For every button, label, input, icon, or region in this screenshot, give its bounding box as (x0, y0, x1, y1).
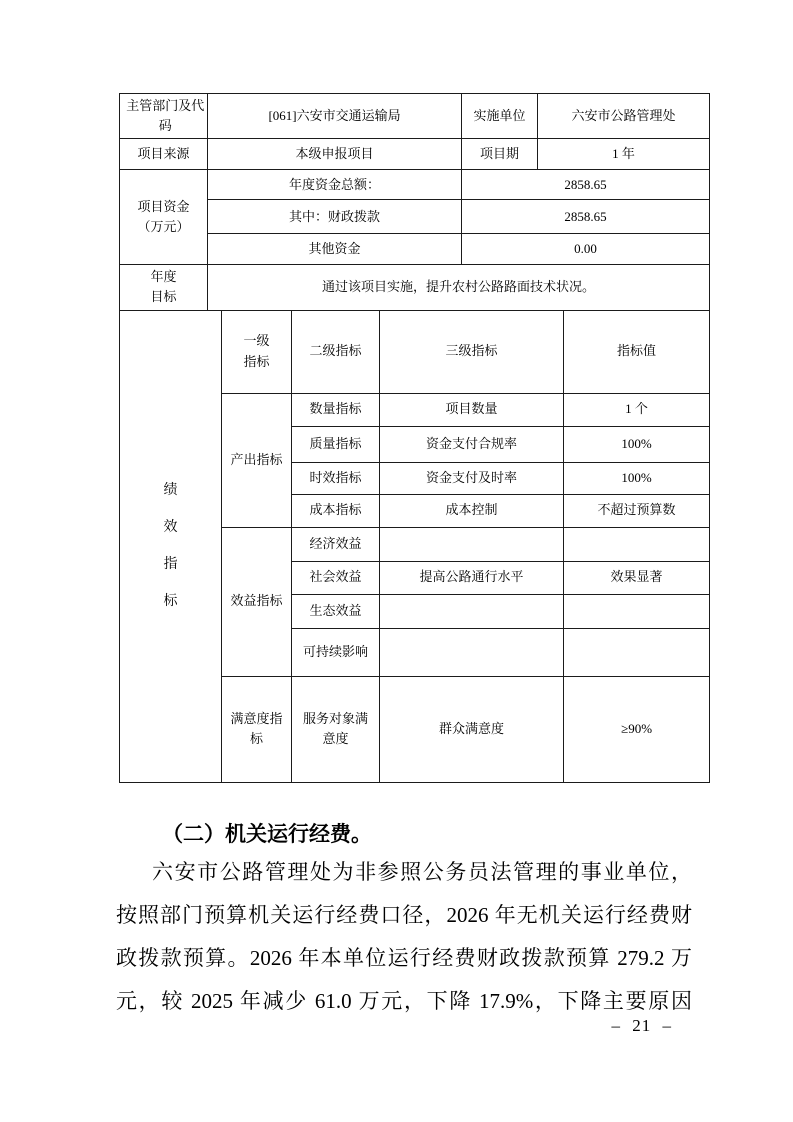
funds-fiscal-value-cell: 2858.65 (462, 200, 710, 234)
indicator-level2-label: 服务对象满意度 (300, 709, 372, 749)
header-value-cell: 指标值 (564, 310, 710, 393)
indicator-level1-cell: 产出指标 (222, 393, 292, 527)
indicator-level2-cell: 服务对象满意度 (292, 676, 380, 782)
indicator-value-cell: 效果显著 (564, 561, 710, 594)
dept-code-label: 主管部门及代码 (123, 96, 208, 136)
paragraph-line: 六安市公路管理处为非参照公务员法管理的事业单位， (116, 851, 692, 894)
indicator-value-cell (564, 594, 710, 628)
indicator-value-cell: 1 个 (564, 393, 710, 426)
page-number: – 21 – (612, 1016, 673, 1036)
project-source-value-cell: 本级申报项目 (208, 139, 462, 170)
performance-side-label: 绩效指标 (163, 472, 179, 620)
section-heading: （二）机关运行经费。 (116, 818, 692, 851)
indicator-value-cell: 100% (564, 426, 710, 462)
indicator-value-cell (564, 628, 710, 676)
funds-other-value-cell: 0.00 (462, 234, 710, 265)
indicator-value-cell: ≥90% (564, 676, 710, 782)
indicator-level2-cell: 社会效益 (292, 561, 380, 594)
table-row: 主管部门及代码 [061]六安市交通运输局 实施单位 六安市公路管理处 (120, 94, 710, 139)
annual-goal-label: 年度目标 (147, 267, 181, 307)
indicator-level1-cell: 效益指标 (222, 527, 292, 676)
indicator-level2-cell: 可持续影响 (292, 628, 380, 676)
header-level3-cell: 三级指标 (380, 310, 564, 393)
project-funds-label-cell: 项目资金（万元） (120, 170, 208, 265)
annual-goal-label-cell: 年度目标 (120, 265, 208, 310)
funds-total-label-cell: 年度资金总额： (208, 170, 462, 200)
header-level1-cell: 一级指标 (222, 310, 292, 393)
indicator-level1-cell: 满意度指标 (222, 676, 292, 782)
indicator-level2-cell: 生态效益 (292, 594, 380, 628)
document-page: 主管部门及代码 [061]六安市交通运输局 实施单位 六安市公路管理处 项目来源… (0, 0, 793, 1122)
indicator-level1-label: 满意度指标 (227, 709, 286, 749)
project-period-value-cell: 1 年 (538, 139, 710, 170)
indicator-level2-cell: 时效指标 (292, 462, 380, 494)
performance-side-label-cell: 绩效指标 (120, 310, 222, 782)
table-row: 项目来源 本级申报项目 项目期 1 年 (120, 139, 710, 170)
project-budget-table: 主管部门及代码 [061]六安市交通运输局 实施单位 六安市公路管理处 项目来源… (119, 93, 710, 783)
paragraph-line: 按照部门预算机关运行经费口径，2026 年无机关运行经费财 (116, 894, 692, 937)
paragraph-line: 元，较 2025 年减少 61.0 万元，下降 17.9%，下降主要原因 (116, 980, 692, 1023)
table-row: 绩效指标 一级指标 二级指标 三级指标 指标值 (120, 310, 710, 393)
funds-other-label-cell: 其他资金 (208, 234, 462, 265)
indicator-level2-cell: 质量指标 (292, 426, 380, 462)
indicator-level3-cell (380, 594, 564, 628)
indicator-level3-cell (380, 628, 564, 676)
impl-unit-label-cell: 实施单位 (462, 94, 538, 139)
project-source-label-cell: 项目来源 (120, 139, 208, 170)
header-level2-cell: 二级指标 (292, 310, 380, 393)
annual-goal-value-cell: 通过该项目实施，提升农村公路路面技术状况。 (208, 265, 710, 310)
indicator-value-cell: 不超过预算数 (564, 494, 710, 527)
indicator-level2-cell: 数量指标 (292, 393, 380, 426)
funds-fiscal-label-cell: 其中：财政拨款 (208, 200, 462, 234)
dept-code-value-cell: [061]六安市交通运输局 (208, 94, 462, 139)
indicator-level2-cell: 成本指标 (292, 494, 380, 527)
impl-unit-value-cell: 六安市公路管理处 (538, 94, 710, 139)
indicator-level3-cell: 成本控制 (380, 494, 564, 527)
indicator-level2-cell: 经济效益 (292, 527, 380, 561)
table-row: 项目资金（万元） 年度资金总额： 2858.65 (120, 170, 710, 200)
dept-code-label-cell: 主管部门及代码 (120, 94, 208, 139)
indicator-level3-cell: 资金支付合规率 (380, 426, 564, 462)
paragraph-line: 政拨款预算。2026 年本单位运行经费财政拨款预算 279.2 万 (116, 937, 692, 980)
indicator-level3-cell: 资金支付及时率 (380, 462, 564, 494)
indicator-level3-cell: 项目数量 (380, 393, 564, 426)
body-text-section: （二）机关运行经费。 六安市公路管理处为非参照公务员法管理的事业单位， 按照部门… (116, 818, 692, 1023)
indicator-value-cell: 100% (564, 462, 710, 494)
project-funds-label: 项目资金（万元） (134, 197, 193, 237)
table-row: 其中：财政拨款 2858.65 (120, 200, 710, 234)
header-level1-label: 一级指标 (240, 331, 274, 371)
indicator-level3-cell (380, 527, 564, 561)
table-row: 其他资金 0.00 (120, 234, 710, 265)
project-period-label-cell: 项目期 (462, 139, 538, 170)
indicator-value-cell (564, 527, 710, 561)
funds-total-value-cell: 2858.65 (462, 170, 710, 200)
indicator-level3-cell: 群众满意度 (380, 676, 564, 782)
table-row: 年度目标 通过该项目实施，提升农村公路路面技术状况。 (120, 265, 710, 310)
indicator-level3-cell: 提高公路通行水平 (380, 561, 564, 594)
